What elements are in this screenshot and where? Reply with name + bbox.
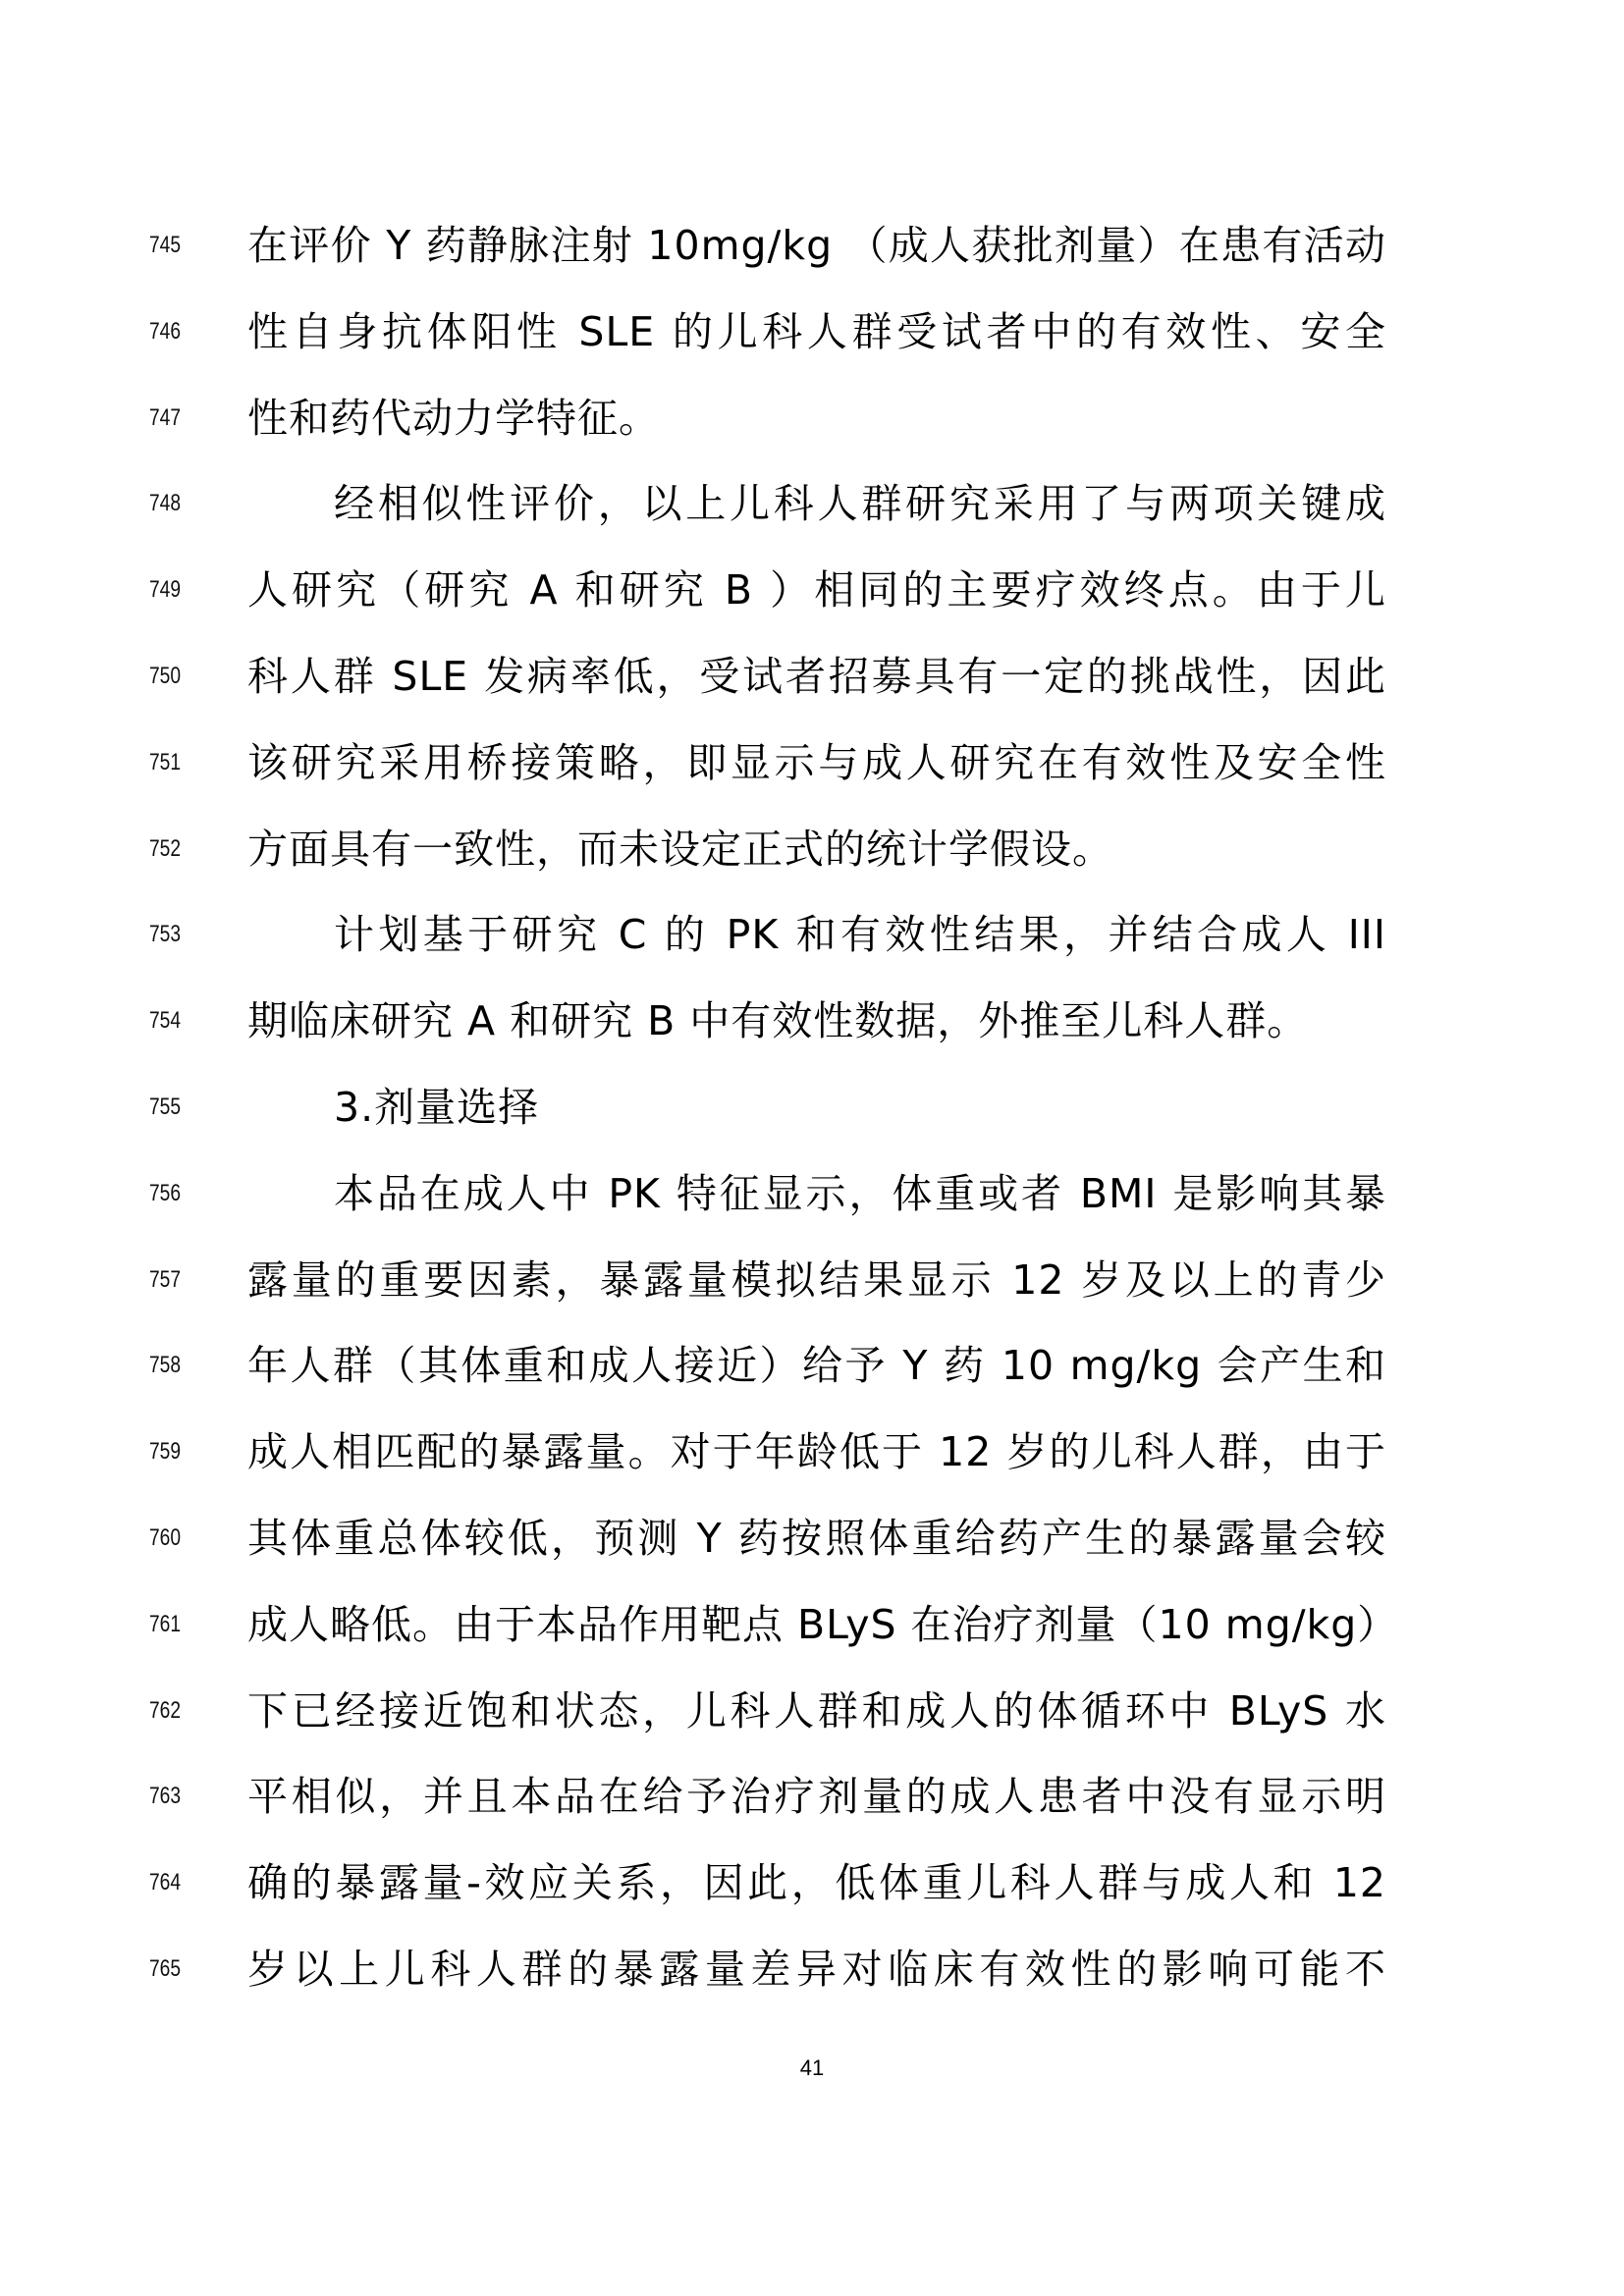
line-number: 763 — [149, 1783, 196, 1810]
text-line: 751该研究采用桥接策略，即显示与成人研究在有效性及安全性 — [0, 735, 1624, 794]
line-text: 成人略低。由于本品作用靶点 BLyS 在治疗剂量（10 mg/kg） — [247, 1597, 1386, 1652]
line-number: 746 — [149, 318, 196, 346]
line-text: 计划基于研究 C 的 PK 和有效性结果，并结合成人 III — [334, 907, 1386, 962]
line-number: 745 — [149, 232, 196, 259]
line-number: 747 — [149, 404, 196, 432]
line-text: 本品在成人中 PK 特征显示，体重或者 BMI 是影响其暴 — [334, 1166, 1386, 1221]
line-number: 764 — [149, 1869, 196, 1896]
line-text: 方面具有一致性，而未设定正式的统计学假设。 — [247, 822, 1386, 877]
line-number: 756 — [149, 1180, 196, 1207]
text-line: 758年人群（其体重和成人接近）给予 Y 药 10 mg/kg 会产生和 — [0, 1338, 1624, 1397]
line-number: 759 — [149, 1438, 196, 1466]
text-line: 765岁以上儿科人群的暴露量差异对临床有效性的影响可能不 — [0, 1942, 1624, 2001]
line-number: 757 — [149, 1266, 196, 1294]
line-text: 性自身抗体阳性 SLE 的儿科人群受试者中的有效性、安全 — [247, 304, 1386, 359]
text-line: 748经相似性评价，以上儿科人群研究采用了与两项关键成 — [0, 476, 1624, 535]
text-line: 753计划基于研究 C 的 PK 和有效性结果，并结合成人 III — [0, 907, 1624, 966]
line-number: 750 — [149, 663, 196, 690]
line-number: 765 — [149, 1955, 196, 1983]
line-number: 749 — [149, 576, 196, 604]
line-text: 成人相匹配的暴露量。对于年龄低于 12 岁的儿科人群，由于 — [247, 1424, 1386, 1479]
line-text: 经相似性评价，以上儿科人群研究采用了与两项关键成 — [334, 476, 1386, 531]
line-number: 753 — [149, 921, 196, 948]
text-line: 754期临床研究 A 和研究 B 中有效性数据，外推至儿科人群。 — [0, 993, 1624, 1052]
text-line: 759成人相匹配的暴露量。对于年龄低于 12 岁的儿科人群，由于 — [0, 1424, 1624, 1483]
line-number: 758 — [149, 1352, 196, 1379]
text-line: 763平相似，并且本品在给予治疗剂量的成人患者中没有显示明 — [0, 1769, 1624, 1828]
line-number: 762 — [149, 1697, 196, 1725]
text-line: 750科人群 SLE 发病率低，受试者招募具有一定的挑战性，因此 — [0, 649, 1624, 708]
text-line: 762下已经接近饱和状态，儿科人群和成人的体循环中 BLyS 水 — [0, 1683, 1624, 1742]
line-text: 平相似，并且本品在给予治疗剂量的成人患者中没有显示明 — [247, 1769, 1386, 1824]
line-number: 761 — [149, 1611, 196, 1638]
line-text: 人研究（研究 A 和研究 B ）相同的主要疗效终点。由于儿 — [247, 562, 1386, 617]
line-text: 岁以上儿科人群的暴露量差异对临床有效性的影响可能不 — [247, 1942, 1386, 1997]
line-text: 科人群 SLE 发病率低，受试者招募具有一定的挑战性，因此 — [247, 649, 1386, 704]
line-text: 下已经接近饱和状态，儿科人群和成人的体循环中 BLyS 水 — [247, 1683, 1386, 1738]
line-number: 751 — [149, 749, 196, 776]
text-line: 752方面具有一致性，而未设定正式的统计学假设。 — [0, 822, 1624, 881]
line-text: 该研究采用桥接策略，即显示与成人研究在有效性及安全性 — [247, 735, 1386, 790]
line-text: 3.剂量选择 — [334, 1080, 1386, 1135]
line-number: 748 — [149, 490, 196, 517]
line-number: 754 — [149, 1007, 196, 1035]
text-line: 760其体重总体较低，预测 Y 药按照体重给药产生的暴露量会较 — [0, 1511, 1624, 1570]
document-page: 745在评价 Y 药静脉注射 10mg/kg （成人获批剂量）在患有活动746性… — [0, 0, 1624, 2296]
line-text: 确的暴露量-效应关系，因此，低体重儿科人群与成人和 12 — [247, 1855, 1386, 1910]
text-line: 745在评价 Y 药静脉注射 10mg/kg （成人获批剂量）在患有活动 — [0, 218, 1624, 277]
line-number: 760 — [149, 1524, 196, 1552]
text-line: 756本品在成人中 PK 特征显示，体重或者 BMI 是影响其暴 — [0, 1166, 1624, 1225]
text-line: 749人研究（研究 A 和研究 B ）相同的主要疗效终点。由于儿 — [0, 562, 1624, 621]
line-text: 年人群（其体重和成人接近）给予 Y 药 10 mg/kg 会产生和 — [247, 1338, 1386, 1393]
text-line: 7553.剂量选择 — [0, 1080, 1624, 1139]
text-line: 747性和药代动力学特征。 — [0, 391, 1624, 450]
text-line: 746性自身抗体阳性 SLE 的儿科人群受试者中的有效性、安全 — [0, 304, 1624, 363]
line-text: 其体重总体较低，预测 Y 药按照体重给药产生的暴露量会较 — [247, 1511, 1386, 1566]
text-line: 757露量的重要因素，暴露量模拟结果显示 12 岁及以上的青少 — [0, 1253, 1624, 1311]
line-text: 期临床研究 A 和研究 B 中有效性数据，外推至儿科人群。 — [247, 993, 1386, 1048]
line-text: 性和药代动力学特征。 — [247, 391, 1386, 446]
line-number: 755 — [149, 1094, 196, 1121]
text-line: 761成人略低。由于本品作用靶点 BLyS 在治疗剂量（10 mg/kg） — [0, 1597, 1624, 1656]
line-text: 露量的重要因素，暴露量模拟结果显示 12 岁及以上的青少 — [247, 1253, 1386, 1308]
page-number: 41 — [0, 2056, 1624, 2081]
text-line: 764确的暴露量-效应关系，因此，低体重儿科人群与成人和 12 — [0, 1855, 1624, 1914]
line-text: 在评价 Y 药静脉注射 10mg/kg （成人获批剂量）在患有活动 — [247, 218, 1386, 273]
line-number: 752 — [149, 835, 196, 863]
